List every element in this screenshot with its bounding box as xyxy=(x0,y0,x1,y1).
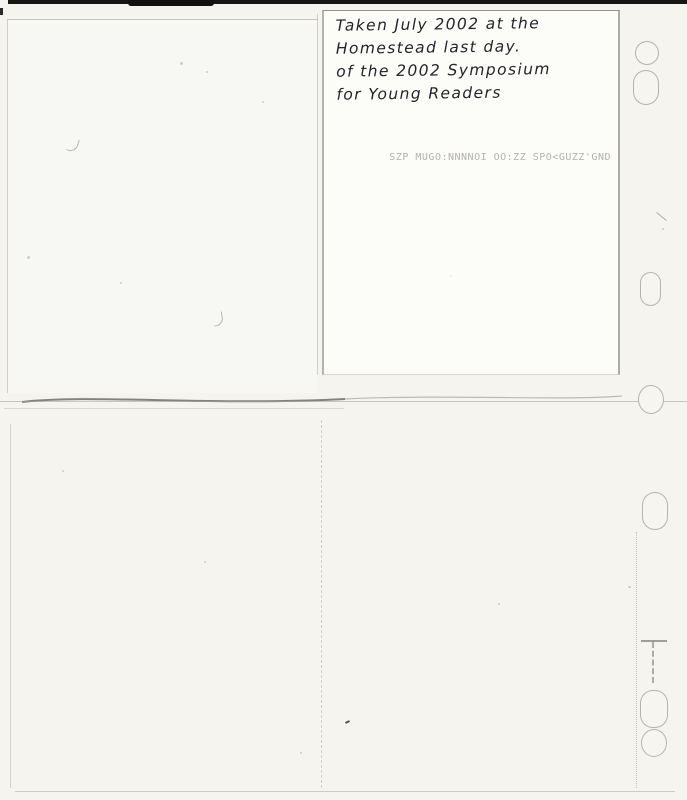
scan-edge-top xyxy=(8,0,687,4)
caption-line-2: Homestead last day. xyxy=(336,34,616,60)
scan-speckle xyxy=(204,561,206,563)
caption-line-4: for Young Readers xyxy=(336,80,616,106)
scan-edge-left-notch xyxy=(0,8,3,15)
scan-speckle xyxy=(628,586,631,588)
caption-line-1: Taken July 2002 at the xyxy=(335,11,615,37)
binder-hole xyxy=(638,385,664,414)
pocket-edge-right-bottom xyxy=(636,532,637,788)
photo-pocket-top-left xyxy=(7,19,318,393)
caption-line-3: of the 2002 Symposium xyxy=(336,57,616,83)
scan-speckle xyxy=(662,228,664,230)
handwritten-caption: Taken July 2002 at the Homestead last da… xyxy=(335,11,616,106)
binder-hole xyxy=(642,492,668,530)
binder-hole xyxy=(633,70,659,105)
scan-edge-top-thick xyxy=(128,0,214,6)
binder-hole xyxy=(635,41,659,65)
scan-speckle xyxy=(656,212,667,221)
scan-speckle xyxy=(180,62,183,65)
binder-hole xyxy=(640,272,661,306)
scan-speckle xyxy=(262,101,264,103)
pocket-divider-top xyxy=(317,14,318,375)
scan-speckle xyxy=(345,720,350,724)
scan-edge-bottom xyxy=(15,791,675,792)
album-page-scan: Taken July 2002 at the Homestead last da… xyxy=(0,0,687,800)
scan-speckle xyxy=(120,282,122,284)
scan-speckle xyxy=(450,275,452,277)
photo-lab-stamp-mirrored: SZP MUGO:NNNNOI OO:ZZ SPO<GUZZ'GND xyxy=(389,152,611,163)
pocket-divider-bottom xyxy=(321,420,322,788)
page-seam-line-faint xyxy=(4,408,344,409)
binder-hole xyxy=(640,690,668,728)
scan-speckle xyxy=(62,470,64,472)
scan-speckle xyxy=(206,71,208,73)
scan-speckle xyxy=(27,256,30,259)
scan-speckle xyxy=(300,752,302,754)
photo-pocket-bottom-left-edge xyxy=(10,424,11,788)
photo-back: Taken July 2002 at the Homestead last da… xyxy=(322,10,620,375)
binder-hole xyxy=(641,729,667,757)
scan-speckle xyxy=(498,603,500,605)
pen-mark-t-stem xyxy=(652,642,655,683)
page-seam-line xyxy=(0,401,687,402)
